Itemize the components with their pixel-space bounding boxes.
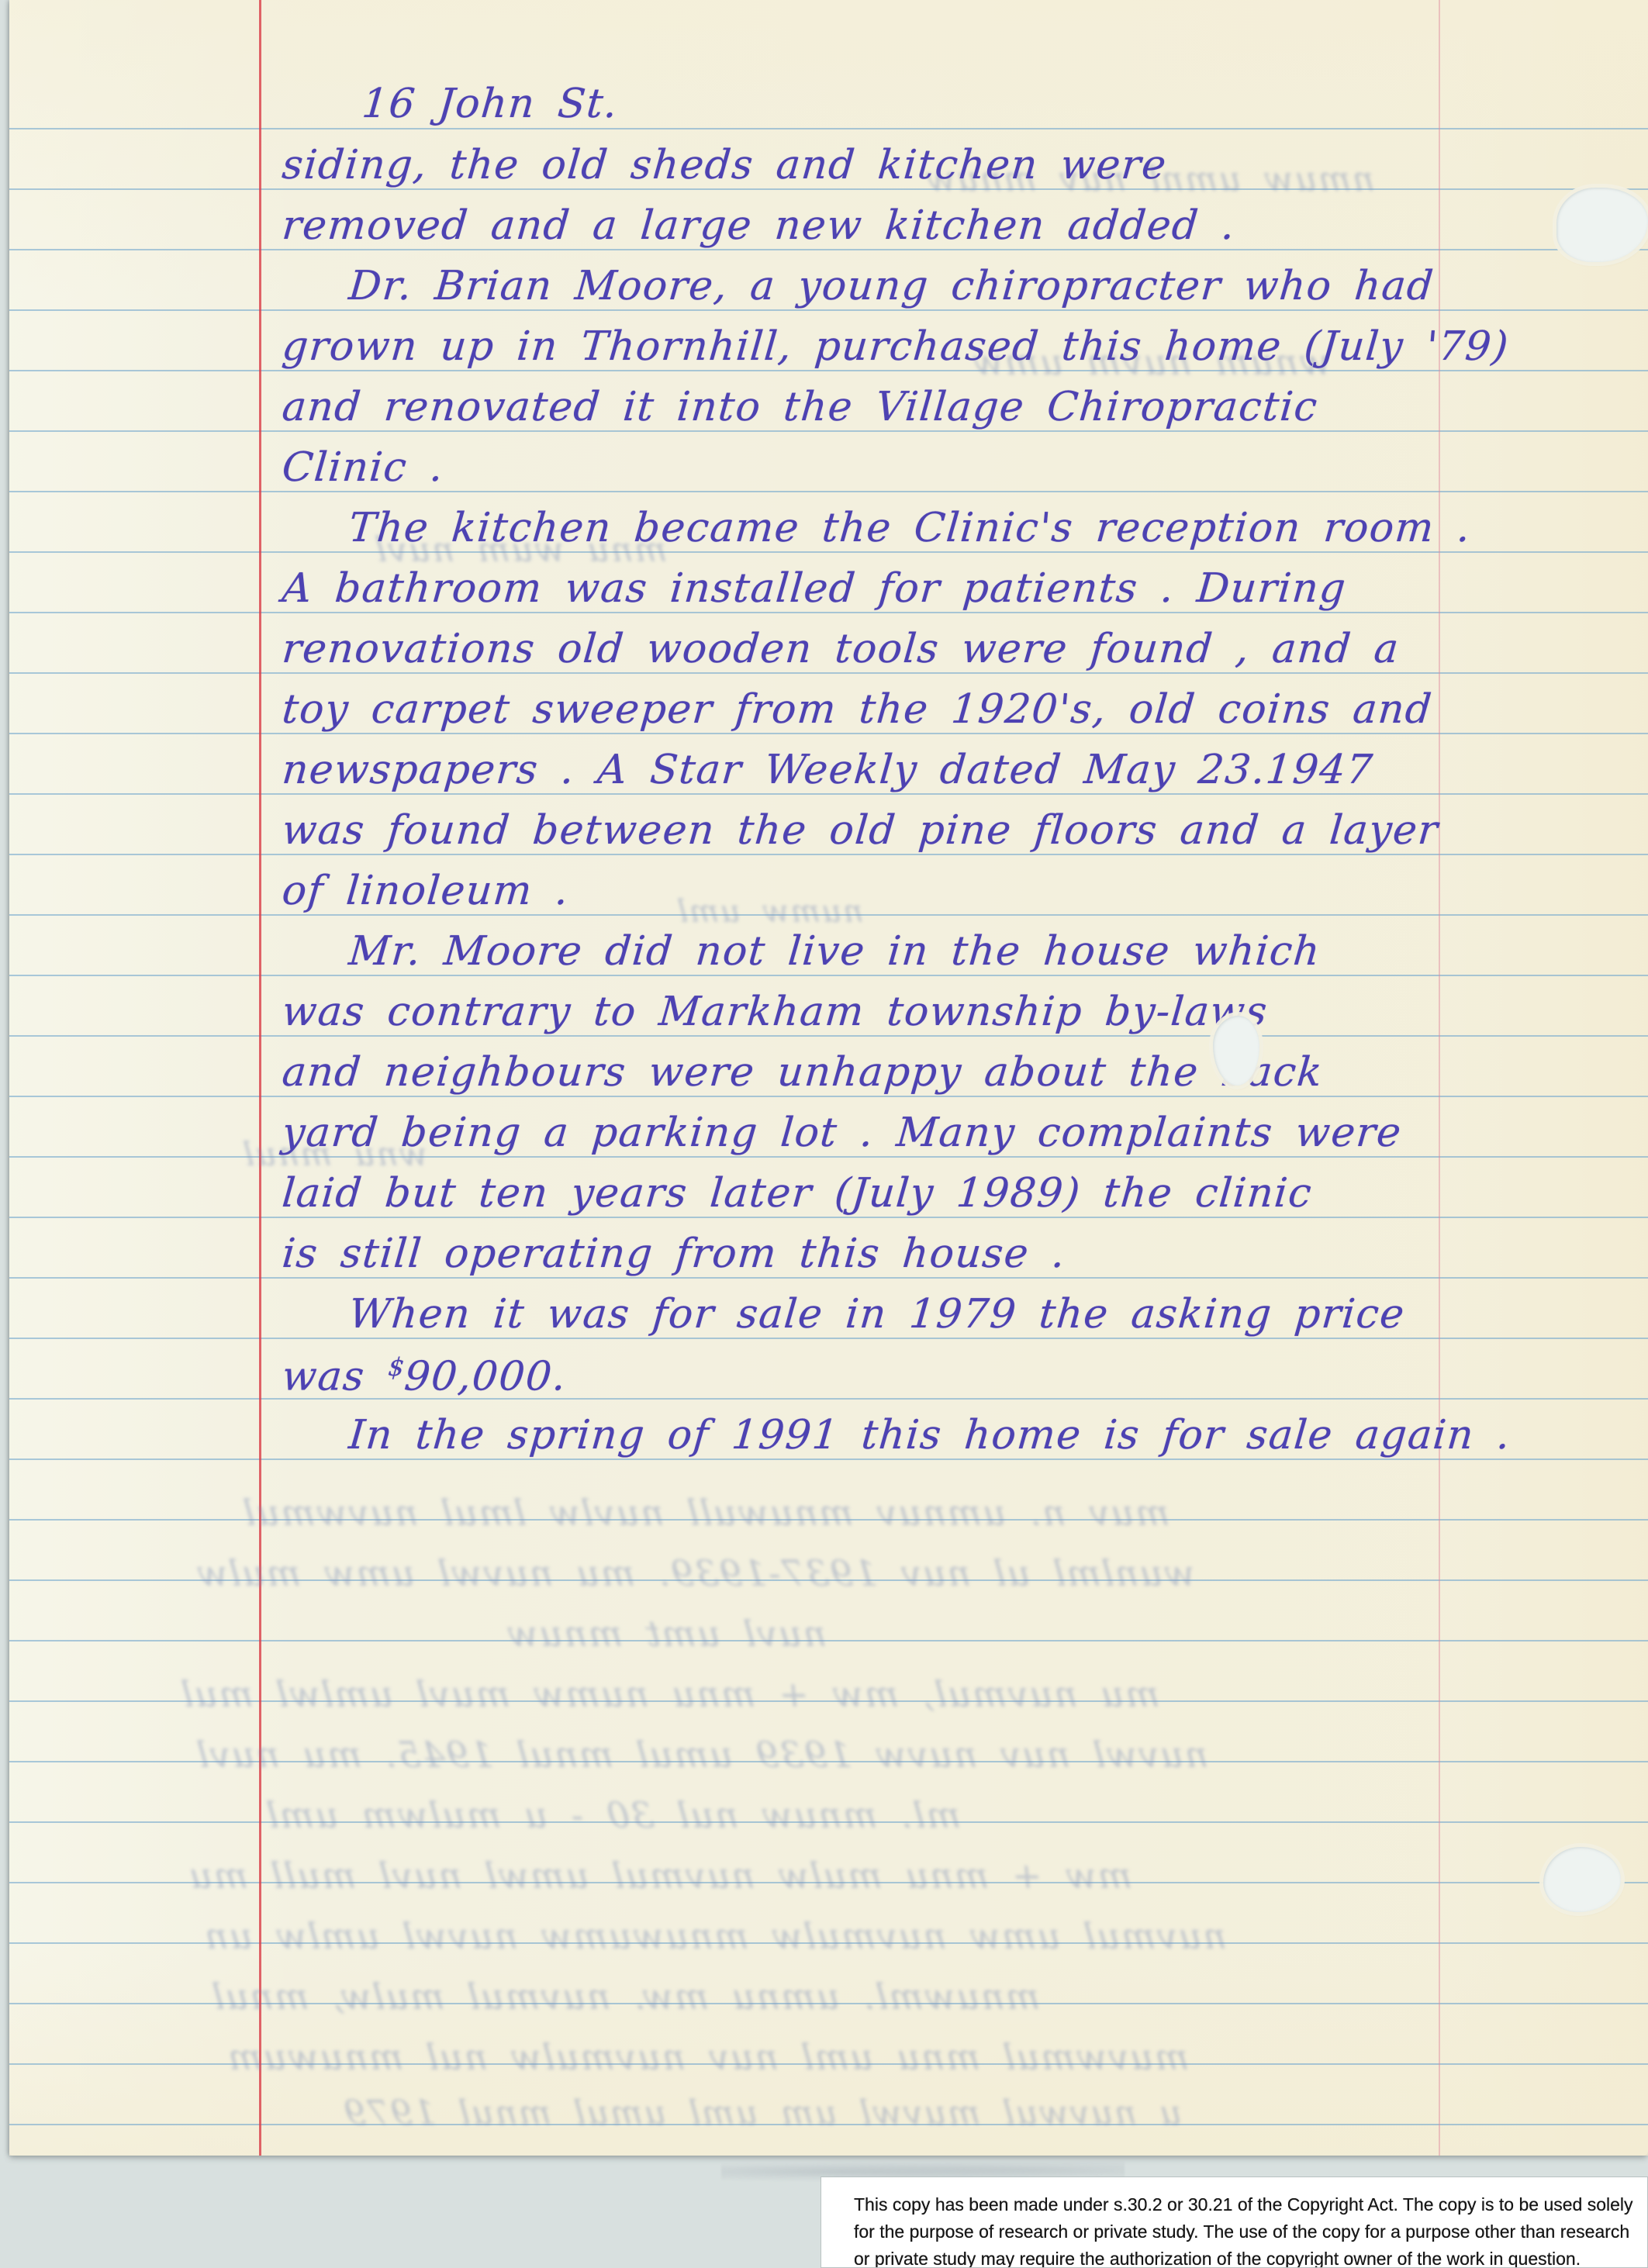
manuscript-line: newspapers . A Star Weekly dated May 23.… xyxy=(281,750,1375,790)
manuscript-line: removed and a large new kitchen added . xyxy=(281,205,1238,246)
bleedthrough-smudge: wunlml ul nuv 1937-1939. mu nuvwl umw mu… xyxy=(194,1555,1196,1591)
manuscript-line: Clinic . xyxy=(281,447,446,488)
manuscript-line: and neighbours were unhappy about the ba… xyxy=(281,1052,1325,1093)
manuscript-line: was contrary to Markham township by-laws xyxy=(281,992,1270,1032)
copyright-stamp-line: or private study may require the authori… xyxy=(854,2246,1643,2268)
bleedthrough-smudge: muvwmul mnu uml nuv nuvmulw nul mnuwum xyxy=(225,2039,1190,2075)
bleedthrough-smudge: nuvwl nuv nuvw 1939 umul mnul 1945. mu n… xyxy=(194,1737,1209,1773)
page-header-address: 16 John St. xyxy=(361,84,620,124)
copyright-stamp-line: This copy has been made under s.30.2 or … xyxy=(854,2191,1643,2218)
bleedthrough-smudge: nuvmul umw nuvmulw mnuwumw nuvwl umlw un xyxy=(202,1918,1228,1954)
manuscript-line: renovations old wooden tools were found … xyxy=(281,629,1401,669)
manuscript-line: In the spring of 1991 this home is for s… xyxy=(347,1415,1513,1455)
manuscript-line: The kitchen became the Clinic's receptio… xyxy=(347,508,1473,548)
bleedthrough-smudge: mw + mnu mulw nuvmul umwl nuvl mull mu xyxy=(186,1858,1133,1893)
paper-sheet: nmuw umnl nuv mnuwwnum nuvm umwmnu wum n… xyxy=(9,0,1648,2156)
scanned-page: nmuw umnl nuv mnuwwnum nuvm umwmnu wum n… xyxy=(0,0,1648,2268)
bleedthrough-smudge: mu nuvmul, mw + mnu numw muvl umlwl mul xyxy=(178,1676,1161,1712)
bleedthrough-smudge: mnuwml. umnu mw. nuvmul mulw, mnul xyxy=(209,1979,1041,2014)
manuscript-line: siding, the old sheds and kitchen were xyxy=(281,145,1169,185)
manuscript-line: of linoleum . xyxy=(281,871,571,911)
left-margin-line xyxy=(259,0,261,2156)
manuscript-line: A bathroom was installed for patients . … xyxy=(281,568,1349,609)
bleedthrough-smudge: u nuvwul muvwl um uml umul mnul 1979 xyxy=(341,2097,1183,2131)
manuscript-line: was found between the old pine floors an… xyxy=(281,810,1440,851)
manuscript-line: Dr. Brian Moore, a young chiropracter wh… xyxy=(347,266,1436,306)
copyright-stamp-line: for the purpose of research or private s… xyxy=(854,2218,1643,2246)
manuscript-line: was $90,000. xyxy=(281,1355,568,1396)
manuscript-line: When it was for sale in 1979 the asking … xyxy=(347,1294,1407,1334)
copyright-stamp: This copy has been made under s.30.2 or … xyxy=(821,2177,1648,2268)
manuscript-line: and renovated it into the Village Chirop… xyxy=(281,387,1320,427)
manuscript-line: grown up in Thornhill, purchased this ho… xyxy=(281,326,1511,367)
manuscript-line: laid but ten years later (July 1989) the… xyxy=(281,1173,1315,1213)
bleedthrough-smudge: numw uml xyxy=(675,896,864,927)
manuscript-line: yard being a parking lot . Many complain… xyxy=(281,1113,1404,1153)
manuscript-line: toy carpet sweeper from the 1920's, old … xyxy=(281,689,1434,730)
bleedthrough-smudge: muv n. umnuv mnuwull nuvlw lmul nuvwmul xyxy=(240,1495,1171,1531)
bleedthrough-smudge: ml. mnuw nul 30 - u mulwm uml xyxy=(264,1797,962,1833)
manuscript-line: Mr. Moore did not live in the house whic… xyxy=(347,931,1322,972)
manuscript-line: is still operating from this house . xyxy=(281,1234,1068,1274)
bleedthrough-smudge: nuvl umt mnuw xyxy=(504,1616,827,1652)
